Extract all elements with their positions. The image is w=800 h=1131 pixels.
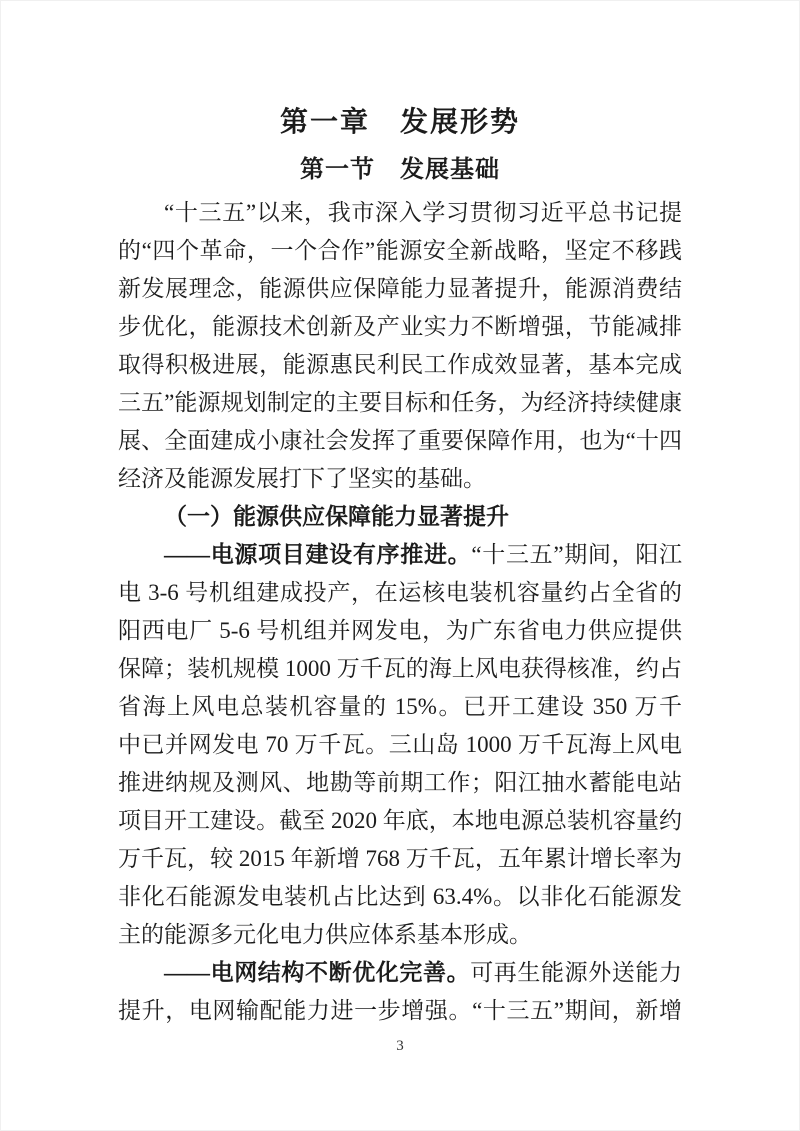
text-run: 经济及能源发展打下了坚实的基础。 [118, 466, 486, 491]
text-run: 中已并网发电 70 万千瓦。三山岛 1000 万千瓦海上风电正在 [118, 732, 682, 764]
text-line: 的“四个革命，一个合作”能源安全新战略，坚定不移践行 [118, 232, 682, 270]
text-run: 省海上风电总装机容量的 15%。已开工建设 350 万千瓦，其 [118, 694, 682, 726]
text-run: 项目开工建设。截至 2020 年底，本地电源总装机容量约 1421 [118, 808, 682, 840]
text-line: 取得积极进展，能源惠民利民工作成效显著，基本完成了“十 [118, 346, 682, 384]
text-line: 经济及能源发展打下了坚实的基础。 [118, 460, 682, 498]
text-run: 提升，电网输配能力进一步增强。“十三五”期间，新增 500kV [118, 998, 682, 1030]
text-line: 推进纳规及测风、地勘等前期工作；阳江抽水蓄能电站一期 [118, 764, 682, 802]
text-line: ——电源项目建设有序推进。“十三五”期间，阳江核 [118, 536, 682, 574]
text-run: 步优化，能源技术创新及产业实力不断增强，节能减排工作 [118, 314, 682, 346]
text-line: 主的能源多元化电力供应体系基本形成。 [118, 916, 682, 954]
bold-run: ——电网结构不断优化完善。 [164, 960, 470, 985]
text-line: 项目开工建设。截至 2020 年底，本地电源总装机容量约 1421 [118, 802, 682, 840]
text-run: 推进纳规及测风、地勘等前期工作；阳江抽水蓄能电站一期 [118, 770, 682, 802]
text-run: 非化石能源发电装机占比达到 63.4%。以非化石能源发电为 [118, 884, 682, 916]
text-line: 非化石能源发电装机占比达到 63.4%。以非化石能源发电为 [118, 878, 682, 916]
bold-run: ——电源项目建设有序推进。 [164, 542, 471, 567]
text-run: 展、全面建成小康社会发挥了重要保障作用，也为“十四五” [118, 428, 682, 460]
text-run: 电 3-6 号机组建成投产，在运核电装机容量约占全省的 40%； [118, 580, 682, 612]
page-number: 3 [0, 1036, 800, 1056]
text-line: （一）能源供应保障能力显著提升 [118, 498, 682, 536]
text-line: 万千瓦，较 2015 年新增 768 万千瓦，五年累计增长率为 117%， [118, 840, 682, 878]
text-run: 主的能源多元化电力供应体系基本形成。 [118, 922, 532, 947]
text-line: ——电网结构不断优化完善。可再生能源外送能力明显 [118, 954, 682, 992]
document-body: “十三五”以来，我市深入学习贯彻习近平总书记提出的“四个革命，一个合作”能源安全… [118, 194, 682, 1030]
text-line: 提升，电网输配能力进一步增强。“十三五”期间，新增 500kV [118, 992, 682, 1030]
text-line: 省海上风电总装机容量的 15%。已开工建设 350 万千瓦，其 [118, 688, 682, 726]
text-line: 电 3-6 号机组建成投产，在运核电装机容量约占全省的 40%； [118, 574, 682, 612]
text-run: 万千瓦，较 2015 年新增 768 万千瓦，五年累计增长率为 117%， [118, 846, 682, 878]
text-run: 三五”能源规划制定的主要目标和任务，为经济持续健康发 [118, 390, 682, 422]
text-line: 展、全面建成小康社会发挥了重要保障作用，也为“十四五” [118, 422, 682, 460]
text-line: 保障；装机规模 1000 万千瓦的海上风电获得核准，约占全 [118, 650, 682, 688]
text-line: 步优化，能源技术创新及产业实力不断增强，节能减排工作 [118, 308, 682, 346]
text-line: “十三五”以来，我市深入学习贯彻习近平总书记提出 [118, 194, 682, 232]
text-run: 保障；装机规模 1000 万千瓦的海上风电获得核准，约占全 [118, 656, 682, 688]
document-page: 第一章 发展形势 第一节 发展基础 “十三五”以来，我市深入学习贯彻习近平总书记… [0, 0, 800, 1131]
text-line: 新发展理念，能源供应保障能力显著提升，能源消费结构逐 [118, 270, 682, 308]
chapter-title: 第一章 发展形势 [0, 103, 800, 141]
text-run: 取得积极进展，能源惠民利民工作成效显著，基本完成了“十 [118, 352, 682, 384]
text-run: 新发展理念，能源供应保障能力显著提升，能源消费结构逐 [118, 276, 682, 308]
text-run: 的“四个革命，一个合作”能源安全新战略，坚定不移践行 [118, 238, 682, 270]
text-line: 中已并网发电 70 万千瓦。三山岛 1000 万千瓦海上风电正在 [118, 726, 682, 764]
text-run: “十三五”以来，我市深入学习贯彻习近平总书记提出 [164, 200, 682, 232]
text-line: 三五”能源规划制定的主要目标和任务，为经济持续健康发 [118, 384, 682, 422]
text-line: 阳西电厂 5-6 号机组并网发电，为广东省电力供应提供重要 [118, 612, 682, 650]
text-run: 阳西电厂 5-6 号机组并网发电，为广东省电力供应提供重要 [118, 618, 682, 650]
bold-run: （一）能源供应保障能力显著提升 [164, 504, 509, 529]
section-title: 第一节 发展基础 [0, 151, 800, 189]
